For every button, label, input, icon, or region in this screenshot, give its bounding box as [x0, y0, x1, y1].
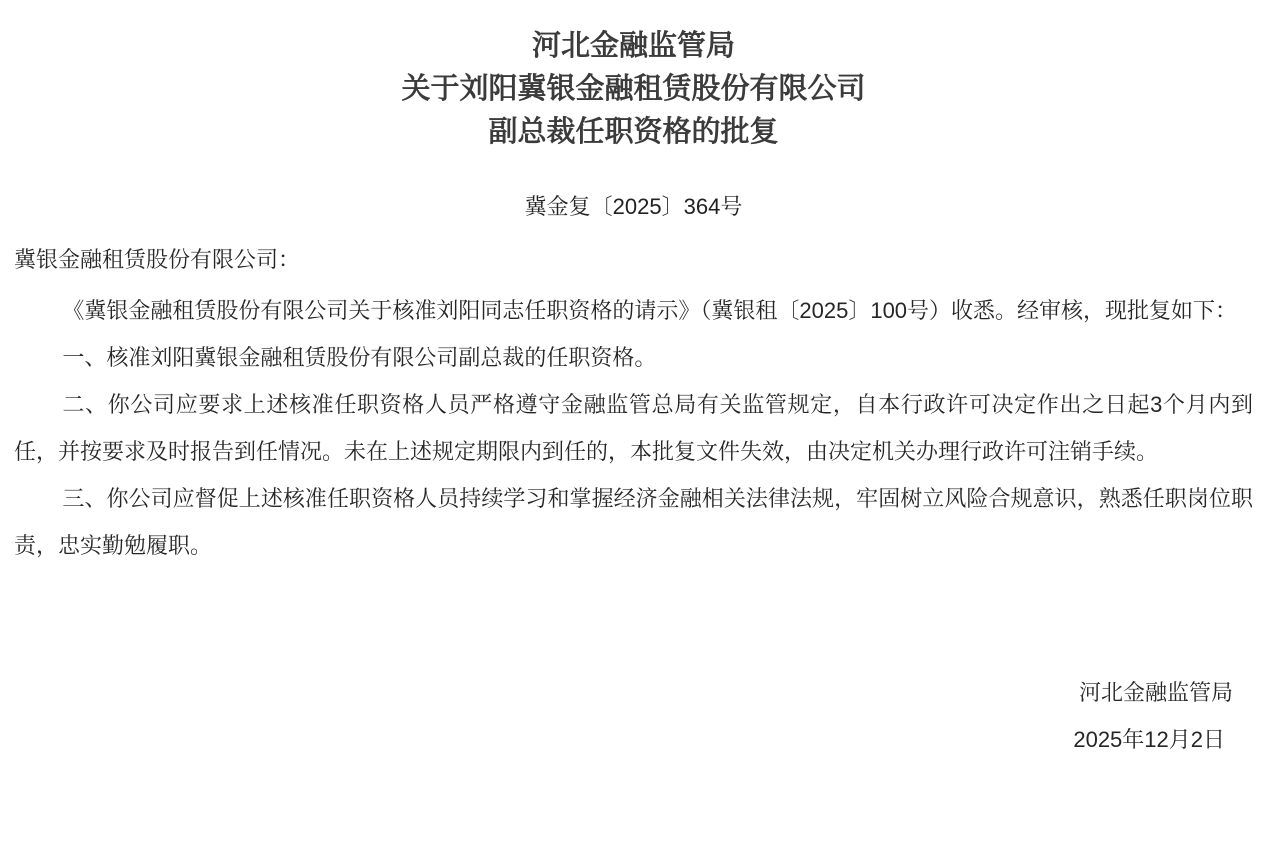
document-body: 冀银金融租赁股份有限公司： 《冀银金融租赁股份有限公司关于核准刘阳同志任职资格的…: [14, 236, 1253, 569]
signature-block: 河北金融监管局 2025年12月2日: [14, 669, 1253, 763]
document-number: 冀金复〔2025〕364号: [14, 190, 1253, 224]
paragraph-intro: 《冀银金融租赁股份有限公司关于核准刘阳同志任职资格的请示》（冀银租〔2025〕1…: [14, 287, 1253, 334]
addressee-line: 冀银金融租赁股份有限公司：: [14, 236, 1253, 283]
signature-organization: 河北金融监管局: [14, 669, 1253, 716]
paragraph-item-3: 三、你公司应督促上述核准任职资格人员持续学习和掌握经济金融相关法律法规，牢固树立…: [14, 475, 1253, 569]
title-line-subject: 关于刘阳冀银金融租赁股份有限公司: [14, 68, 1253, 111]
title-line-issuer: 河北金融监管局: [14, 25, 1253, 68]
document-page: 河北金融监管局 关于刘阳冀银金融租赁股份有限公司 副总裁任职资格的批复 冀金复〔…: [0, 0, 1267, 865]
document-title: 河北金融监管局 关于刘阳冀银金融租赁股份有限公司 副总裁任职资格的批复: [14, 25, 1253, 154]
paragraph-item-1: 一、核准刘阳冀银金融租赁股份有限公司副总裁的任职资格。: [14, 334, 1253, 381]
signature-date: 2025年12月2日: [14, 716, 1253, 763]
title-line-subject-2: 副总裁任职资格的批复: [14, 111, 1253, 154]
paragraph-item-2: 二、你公司应要求上述核准任职资格人员严格遵守金融监管总局有关监管规定，自本行政许…: [14, 381, 1253, 475]
